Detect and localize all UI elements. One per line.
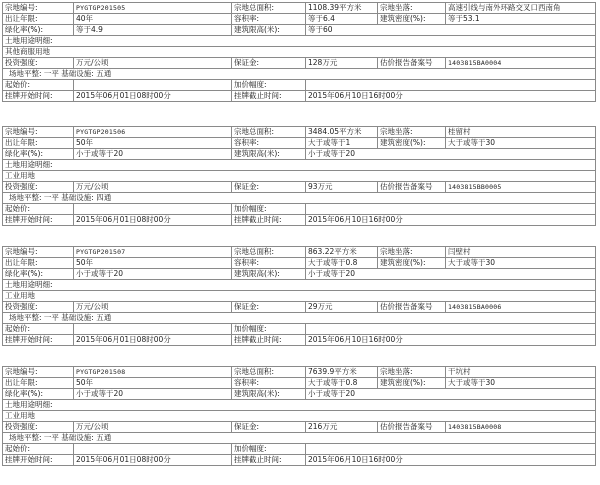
listing-end-value: 2015年06月10日16时00分 (306, 335, 596, 346)
building-density-value: 大于或等于30 (446, 258, 596, 269)
land-use-detail-label: 土地用途明细: (3, 160, 596, 171)
listing-end-value: 2015年06月10日16时00分 (306, 455, 596, 466)
parcel-no-label: 宗地编号: (3, 3, 74, 14)
parcel-no-value: PYGTGP201508 (74, 367, 232, 378)
row-start-price: 起始价: 加价幅度: (3, 444, 596, 455)
plot-ratio-label: 容积率: (232, 258, 306, 269)
row-land-use-value: 工业用地 (3, 171, 596, 182)
total-area-label: 宗地总面积: (232, 3, 306, 14)
plot-ratio-label: 容积率: (232, 14, 306, 25)
start-price-label: 起始价: (3, 80, 74, 91)
land-use-value: 工业用地 (3, 171, 596, 182)
row-land-use-value: 工业用地 (3, 411, 596, 422)
row-start-price: 起始价: 加价幅度: (3, 324, 596, 335)
investment-intensity-label: 投资强度: (3, 58, 74, 69)
row-start-price: 起始价: 加价幅度: (3, 80, 596, 91)
green-ratio-label: 绿化率(%): (3, 149, 74, 160)
land-use-detail-label: 土地用途明细: (3, 36, 596, 47)
start-price-value (74, 444, 232, 455)
row-term: 出让年限: 50年 容积率: 大于或等于0.8 建筑密度(%): 大于或等于30 (3, 258, 596, 269)
location-label: 宗地坐落: (378, 367, 446, 378)
appraisal-no-value: 1403815BA0008 (446, 422, 596, 433)
term-label: 出让年限: (3, 138, 74, 149)
plot-ratio-label: 容积率: (232, 138, 306, 149)
building-density-label: 建筑密度(%): (378, 378, 446, 389)
term-value: 50年 (74, 258, 232, 269)
row-investment: 投资强度: 万元/公顷 保证金: 128万元 估价报告备案号 1403815BA… (3, 58, 596, 69)
start-price-value (74, 80, 232, 91)
plot-ratio-value: 等于6.4 (306, 14, 378, 25)
row-investment: 投资强度: 万元/公顷 保证金: 29万元 估价报告备案号 1403815BA0… (3, 302, 596, 313)
listing-start-label: 挂牌开始时间: (3, 455, 74, 466)
deposit-label: 保证金: (232, 302, 306, 313)
listing-end-label: 挂牌截止时间: (232, 335, 306, 346)
term-value: 50年 (74, 138, 232, 149)
total-area-value: 3484.05平方米 (306, 127, 378, 138)
listing-start-value: 2015年06月01日08时00分 (74, 215, 232, 226)
building-density-label: 建筑密度(%): (378, 14, 446, 25)
parcel-no-label: 宗地编号: (3, 367, 74, 378)
listing-end-label: 挂牌截止时间: (232, 91, 306, 102)
parcel-no-value: PYGTGP201507 (74, 247, 232, 258)
increment-value (306, 80, 596, 91)
row-term: 出让年限: 50年 容积率: 大于或等于0.8 建筑密度(%): 大于或等于30 (3, 378, 596, 389)
appraisal-no-label: 估价报告备案号 (378, 58, 446, 69)
deposit-value: 29万元 (306, 302, 378, 313)
investment-intensity-value: 万元/公顷 (74, 302, 232, 313)
deposit-label: 保证金: (232, 58, 306, 69)
site-conditions: 场地平整: 一平 基础设施: 四通 (3, 193, 596, 204)
location-label: 宗地坐落: (378, 247, 446, 258)
appraisal-no-value: 1403815BA0004 (446, 58, 596, 69)
parcel-table-4: 宗地编号: PYGTGP201508 宗地总面积: 7639.9平方米 宗地坐落… (2, 366, 596, 466)
green-ratio-value: 小于或等于20 (74, 389, 232, 400)
row-land-use-label: 土地用途明细: (3, 160, 596, 171)
height-limit-label: 建筑限高(米): (232, 149, 306, 160)
land-use-value: 工业用地 (3, 291, 596, 302)
land-use-value: 其他商服用地 (3, 47, 596, 58)
listing-end-value: 2015年06月10日16时00分 (306, 91, 596, 102)
building-density-label: 建筑密度(%): (378, 138, 446, 149)
increment-label: 加价幅度: (232, 444, 306, 455)
increment-label: 加价幅度: (232, 204, 306, 215)
term-value: 40年 (74, 14, 232, 25)
deposit-label: 保证金: (232, 182, 306, 193)
total-area-label: 宗地总面积: (232, 127, 306, 138)
increment-label: 加价幅度: (232, 324, 306, 335)
row-parcel-no: 宗地编号: PYGTGP201505 宗地总面积: 1108.39平方米 宗地坐… (3, 3, 596, 14)
parcel-table-2: 宗地编号: PYGTGP201506 宗地总面积: 3484.05平方米 宗地坐… (2, 126, 596, 226)
appraisal-no-label: 估价报告备案号 (378, 302, 446, 313)
height-limit-label: 建筑限高(米): (232, 25, 306, 36)
site-conditions: 场地平整: 一平 基础设施: 五通 (3, 313, 596, 324)
investment-intensity-label: 投资强度: (3, 302, 74, 313)
land-use-detail-label: 土地用途明细: (3, 280, 596, 291)
green-ratio-label: 绿化率(%): (3, 25, 74, 36)
green-ratio-value: 小于或等于20 (74, 269, 232, 280)
parcel-no-label: 宗地编号: (3, 127, 74, 138)
row-land-use-label: 土地用途明细: (3, 400, 596, 411)
start-price-label: 起始价: (3, 444, 74, 455)
investment-intensity-label: 投资强度: (3, 422, 74, 433)
appraisal-no-label: 估价报告备案号 (378, 182, 446, 193)
investment-intensity-value: 万元/公顷 (74, 58, 232, 69)
increment-label: 加价幅度: (232, 80, 306, 91)
location-value: 高速引线与南外环路交叉口西南角 (446, 3, 596, 14)
investment-intensity-label: 投资强度: (3, 182, 74, 193)
row-land-use-value: 工业用地 (3, 291, 596, 302)
deposit-value: 93万元 (306, 182, 378, 193)
location-label: 宗地坐落: (378, 127, 446, 138)
row-site-conditions: 场地平整: 一平 基础设施: 四通 (3, 193, 596, 204)
term-value: 50年 (74, 378, 232, 389)
building-density-value: 大于或等于30 (446, 138, 596, 149)
start-price-label: 起始价: (3, 204, 74, 215)
increment-value (306, 324, 596, 335)
investment-intensity-value: 万元/公顷 (74, 422, 232, 433)
plot-ratio-value: 大于或等于1 (306, 138, 378, 149)
row-parcel-no: 宗地编号: PYGTGP201508 宗地总面积: 7639.9平方米 宗地坐落… (3, 367, 596, 378)
site-conditions: 场地平整: 一平 基础设施: 五通 (3, 433, 596, 444)
increment-value (306, 204, 596, 215)
deposit-value: 128万元 (306, 58, 378, 69)
parcel-no-label: 宗地编号: (3, 247, 74, 258)
row-investment: 投资强度: 万元/公顷 保证金: 216万元 估价报告备案号 1403815BA… (3, 422, 596, 433)
row-listing-time: 挂牌开始时间: 2015年06月01日08时00分 挂牌截止时间: 2015年0… (3, 91, 596, 102)
investment-intensity-value: 万元/公顷 (74, 182, 232, 193)
start-price-label: 起始价: (3, 324, 74, 335)
plot-ratio-value: 大于或等于0.8 (306, 258, 378, 269)
row-green-ratio: 绿化率(%): 小于或等于20 建筑限高(米): 小于或等于20 (3, 149, 596, 160)
row-site-conditions: 场地平整: 一平 基础设施: 五通 (3, 433, 596, 444)
increment-value (306, 444, 596, 455)
listing-start-value: 2015年06月01日08时00分 (74, 91, 232, 102)
appraisal-no-label: 估价报告备案号 (378, 422, 446, 433)
row-investment: 投资强度: 万元/公顷 保证金: 93万元 估价报告备案号 1403815BB0… (3, 182, 596, 193)
total-area-label: 宗地总面积: (232, 247, 306, 258)
deposit-label: 保证金: (232, 422, 306, 433)
row-land-use-label: 土地用途明细: (3, 36, 596, 47)
building-density-value: 等于53.1 (446, 14, 596, 25)
green-ratio-value: 小于或等于20 (74, 149, 232, 160)
row-listing-time: 挂牌开始时间: 2015年06月01日08时00分 挂牌截止时间: 2015年0… (3, 335, 596, 346)
row-start-price: 起始价: 加价幅度: (3, 204, 596, 215)
listing-start-label: 挂牌开始时间: (3, 91, 74, 102)
height-limit-value: 小于或等于20 (306, 389, 596, 400)
height-limit-label: 建筑限高(米): (232, 389, 306, 400)
listing-end-label: 挂牌截止时间: (232, 455, 306, 466)
location-value: 干坑村 (446, 367, 596, 378)
term-label: 出让年限: (3, 258, 74, 269)
total-area-value: 7639.9平方米 (306, 367, 378, 378)
height-limit-label: 建筑限高(米): (232, 269, 306, 280)
listing-start-value: 2015年06月01日08时00分 (74, 455, 232, 466)
land-use-value: 工业用地 (3, 411, 596, 422)
appraisal-no-value: 1403815BB0005 (446, 182, 596, 193)
term-label: 出让年限: (3, 14, 74, 25)
start-price-value (74, 324, 232, 335)
plot-ratio-label: 容积率: (232, 378, 306, 389)
green-ratio-value: 等于4.9 (74, 25, 232, 36)
row-site-conditions: 场地平整: 一平 基础设施: 五通 (3, 69, 596, 80)
height-limit-value: 等于60 (306, 25, 596, 36)
row-term: 出让年限: 50年 容积率: 大于或等于1 建筑密度(%): 大于或等于30 (3, 138, 596, 149)
total-area-value: 1108.39平方米 (306, 3, 378, 14)
appraisal-no-value: 1403815BA0006 (446, 302, 596, 313)
parcel-table-3: 宗地编号: PYGTGP201507 宗地总面积: 863.22平方米 宗地坐落… (2, 246, 596, 346)
deposit-value: 216万元 (306, 422, 378, 433)
term-label: 出让年限: (3, 378, 74, 389)
parcel-no-value: PYGTGP201505 (74, 3, 232, 14)
row-term: 出让年限: 40年 容积率: 等于6.4 建筑密度(%): 等于53.1 (3, 14, 596, 25)
listing-start-label: 挂牌开始时间: (3, 335, 74, 346)
building-density-value: 大于或等于30 (446, 378, 596, 389)
row-site-conditions: 场地平整: 一平 基础设施: 五通 (3, 313, 596, 324)
row-listing-time: 挂牌开始时间: 2015年06月01日08时00分 挂牌截止时间: 2015年0… (3, 215, 596, 226)
location-value: 闫壁村 (446, 247, 596, 258)
location-label: 宗地坐落: (378, 3, 446, 14)
row-parcel-no: 宗地编号: PYGTGP201506 宗地总面积: 3484.05平方米 宗地坐… (3, 127, 596, 138)
listing-start-value: 2015年06月01日08时00分 (74, 335, 232, 346)
land-use-detail-label: 土地用途明细: (3, 400, 596, 411)
listing-end-value: 2015年06月10日16时00分 (306, 215, 596, 226)
height-limit-value: 小于或等于20 (306, 149, 596, 160)
plot-ratio-value: 大于或等于0.8 (306, 378, 378, 389)
height-limit-value: 小于或等于20 (306, 269, 596, 280)
total-area-value: 863.22平方米 (306, 247, 378, 258)
row-green-ratio: 绿化率(%): 小于或等于20 建筑限高(米): 小于或等于20 (3, 389, 596, 400)
row-land-use-label: 土地用途明细: (3, 280, 596, 291)
parcel-table-1: 宗地编号: PYGTGP201505 宗地总面积: 1108.39平方米 宗地坐… (2, 2, 596, 102)
listing-start-label: 挂牌开始时间: (3, 215, 74, 226)
row-green-ratio: 绿化率(%): 等于4.9 建筑限高(米): 等于60 (3, 25, 596, 36)
green-ratio-label: 绿化率(%): (3, 269, 74, 280)
row-land-use-value: 其他商服用地 (3, 47, 596, 58)
start-price-value (74, 204, 232, 215)
location-value: 桂留村 (446, 127, 596, 138)
green-ratio-label: 绿化率(%): (3, 389, 74, 400)
row-parcel-no: 宗地编号: PYGTGP201507 宗地总面积: 863.22平方米 宗地坐落… (3, 247, 596, 258)
building-density-label: 建筑密度(%): (378, 258, 446, 269)
site-conditions: 场地平整: 一平 基础设施: 五通 (3, 69, 596, 80)
parcel-no-value: PYGTGP201506 (74, 127, 232, 138)
total-area-label: 宗地总面积: (232, 367, 306, 378)
listing-end-label: 挂牌截止时间: (232, 215, 306, 226)
row-listing-time: 挂牌开始时间: 2015年06月01日08时00分 挂牌截止时间: 2015年0… (3, 455, 596, 466)
row-green-ratio: 绿化率(%): 小于或等于20 建筑限高(米): 小于或等于20 (3, 269, 596, 280)
